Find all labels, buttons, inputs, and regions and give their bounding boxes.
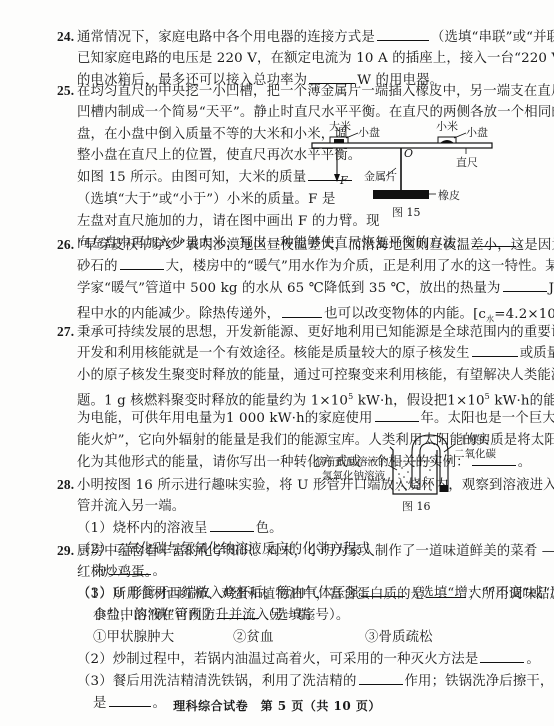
label-solution-1: 滴有酚酞溶液的 — [315, 454, 389, 469]
label-pivot-o: O — [404, 147, 413, 160]
figure-15-balance: 大米 小盘 小米 小盘 O 直尺 金属片 F 橡皮 图 15 — [300, 118, 500, 218]
text: 管并流入另一端。 — [77, 499, 185, 514]
label-force-f: F — [340, 174, 348, 187]
sub-label: （3） — [77, 674, 113, 689]
question-number: 26. — [57, 234, 77, 256]
text: 年。太阳也是一个巨大的“核 — [421, 411, 554, 426]
answer-blank[interactable] — [377, 27, 429, 41]
label-plate-left: 小盘 — [358, 124, 380, 140]
label-rice-small: 小米 — [436, 118, 458, 134]
text: 或质量较 — [520, 346, 554, 361]
text: 厨房中蕴含着丰富的化学知识。周末，小明为家人制作了一道味道鲜美的菜肴 —— 西 — [77, 544, 554, 559]
label-ruler: 直尺 — [456, 154, 478, 170]
text: 已知家庭电路的电压是 220 V，在额定电流为 10 A 的插座上，接入一台“2… — [77, 51, 554, 66]
label-plate-right: 小盘 — [466, 124, 488, 140]
sub-label: （1） — [77, 521, 113, 536]
text: 作用；铁锅洗净后擦干，目的 — [405, 674, 554, 689]
question-29: 29.厨房中蕴含着丰富的化学知识。周末，小明为家人制作了一道味道鲜美的菜肴 ——… — [57, 540, 502, 714]
text: 为电能，可供年用电量为1 000 kW·h的家庭使用 — [77, 411, 373, 426]
label-metal-strip: 金属片 — [364, 168, 397, 184]
answer-blank[interactable] — [472, 343, 518, 357]
text: “早穿皮袄午穿纱”表明沙漠地区昼夜温差大，而沿海地区则昼夜温差小，这是因为水比 — [77, 238, 554, 253]
label-solution-2: 氢氧化钠溶液 — [322, 468, 385, 483]
label-gas-1: 干燥的 — [458, 432, 490, 447]
text: 题。1 g 核燃料聚变时释放的能量约为 1×10 — [77, 394, 348, 409]
option-3[interactable]: ③骨质疏松 — [365, 627, 433, 649]
question-number: 24. — [57, 26, 77, 48]
text: 炒制过程中，若锅内油温过高着火，可采用的一种灭火方法是 — [113, 652, 479, 667]
answer-blank[interactable] — [375, 408, 419, 422]
text: 程中水的内能减少。除热传递外， — [77, 307, 280, 322]
question-number: 27. — [57, 321, 77, 343]
label-eraser: 橡皮 — [438, 187, 460, 203]
label-gas-2: 二氧化碳 — [454, 446, 496, 461]
text: =4.2×10 — [494, 307, 554, 322]
text: 小的原子核发生聚变时释放的能量，通过可控聚变来利用核能，有望解决人类能源问 — [77, 368, 554, 383]
text: 秉承可持续发展的思想，开发新能源、更好地利用已知能源是全球范围内的重要课题， — [77, 325, 554, 340]
option-1[interactable]: ①甲状腺肿大 — [93, 627, 233, 649]
answer-blank[interactable] — [359, 671, 403, 685]
question-number: 28. — [57, 474, 77, 496]
answer-blank[interactable] — [503, 278, 547, 292]
sub-label: （1） — [77, 587, 113, 602]
text: （选填“串联”或“并联”）。 — [431, 30, 554, 45]
text: 食盐中的“碘”可预防 — [93, 608, 215, 623]
text: （选填序号）。 — [261, 608, 349, 623]
sub-label: （2） — [77, 652, 113, 667]
figure-15-caption: 图 15 — [392, 204, 421, 220]
text: 通常情况下，家庭电路中各个用电器的连接方式是 — [77, 30, 375, 45]
answer-blank[interactable] — [210, 518, 254, 532]
text: 红柿炒鸡蛋。 — [77, 565, 158, 580]
figure-16-caption: 图 16 — [402, 498, 431, 514]
specific-heat-formula: [c水=4.2×103 J/(kg·℃)] — [473, 307, 554, 322]
text: ；所用调味品加碘 — [468, 587, 554, 602]
text: 所用食材西红柿、鸡蛋和植物油中，富含蛋白质的是 — [113, 587, 424, 602]
text: 。 — [518, 455, 532, 470]
text: 也可以改变物体的内能。 — [324, 307, 473, 322]
text: kW·h的能量完全转化 — [490, 394, 554, 409]
text: 。 — [526, 652, 540, 667]
text: 如图 15 所示。由图可知，大米的质量 — [77, 170, 306, 185]
exam-page: 24.通常情况下，家庭电路中各个用电器的连接方式是（选填“串联”或“并联”）。 … — [0, 0, 554, 726]
text: 开发和利用核能就是一个有效途径。核能是质量较大的原子核发生 — [77, 346, 470, 361]
text: 砂石的 — [77, 259, 118, 274]
question-number: 25. — [57, 80, 77, 102]
answer-blank[interactable] — [282, 304, 322, 318]
question-number: 29. — [57, 540, 77, 562]
text: [c — [473, 307, 486, 322]
label-rice-big: 大米 — [329, 118, 351, 134]
text: 在均匀直尺的中央挖一小凹槽，把一个薄金属片一端插入橡皮中，另一端支在直尺的 — [77, 84, 554, 99]
text: 烧杯内的溶液呈 — [113, 521, 208, 536]
question-26: 26.“早穿皮袄午穿纱”表明沙漠地区昼夜温差大，而沿海地区则昼夜温差小，这是因为… — [57, 234, 502, 321]
text: J，这一过 — [549, 281, 554, 296]
text: 餐后用洗洁精清洗铁锅，利用了洗洁精的 — [113, 674, 357, 689]
figure-16-beaker: 滴有酚酞溶液的 氢氧化钠溶液 干燥的 二氧化碳 图 16 — [300, 430, 500, 515]
text: kW·h，假设把1×10 — [353, 394, 484, 409]
answer-blank[interactable] — [120, 256, 164, 270]
text: 色。 — [256, 521, 283, 536]
text: （选填“大于”或“小于”）小米的质量。F 是 — [77, 192, 335, 207]
answer-blank[interactable] — [480, 649, 524, 663]
text: 学家“暖气”管道中 500 kg 的水从 65 ℃降低到 35 ℃，放出的热量为 — [77, 281, 501, 296]
answer-blank[interactable] — [217, 605, 259, 619]
option-2[interactable]: ②贫血 — [233, 627, 365, 649]
option-list: ①甲状腺肿大②贫血③骨质疏松 — [57, 627, 502, 649]
text: 大，楼房中的“暖气”用水作为介质，正是利用了水的这一特性。某同 — [166, 259, 554, 274]
answer-blank[interactable] — [426, 584, 466, 598]
page-footer: 理科综合试卷 第 5 页（共 10 页） — [0, 697, 554, 714]
